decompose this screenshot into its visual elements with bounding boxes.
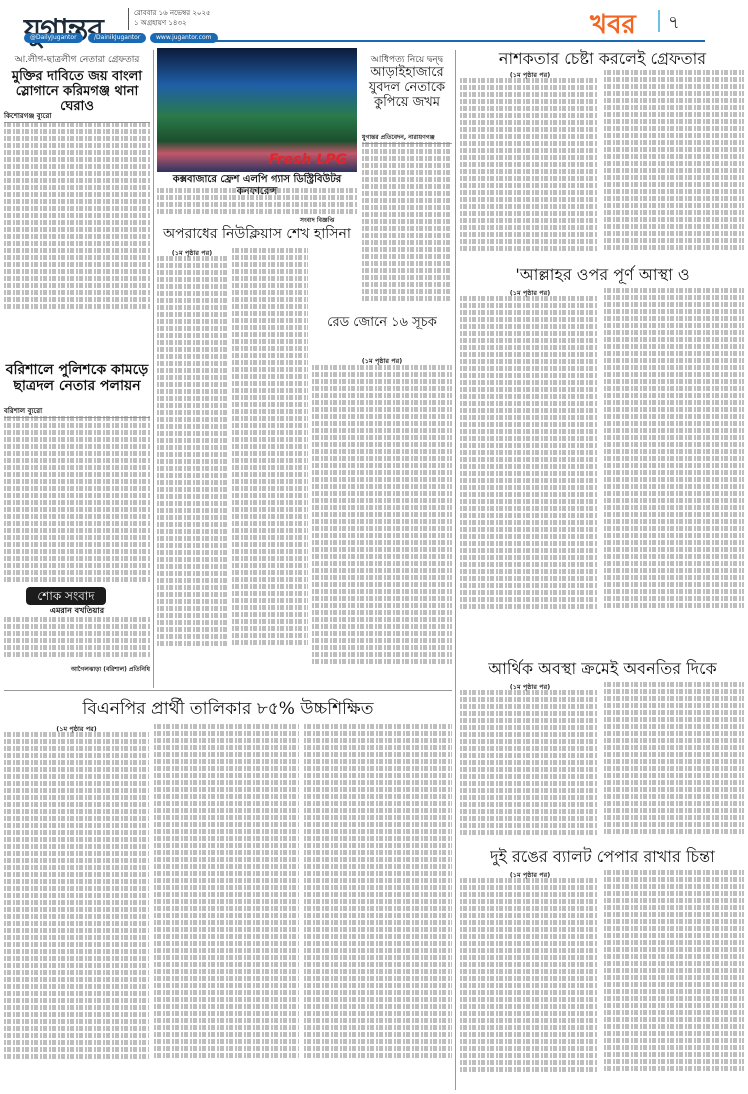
obituary-body bbox=[4, 617, 150, 663]
araihazar-headline[interactable]: আড়াইহাজারে যুবদল নেতাকে কুপিয়ে জখম bbox=[362, 66, 452, 111]
arthik-body-col2 bbox=[604, 682, 744, 850]
nashkota-body-col2 bbox=[604, 70, 744, 268]
hasina-body-col2 bbox=[232, 248, 308, 676]
arthik-body-col1 bbox=[460, 690, 598, 850]
ballot-headline[interactable]: দুই রঙের ব্যালট পেপার রাখার চিন্তা bbox=[460, 848, 745, 866]
photo-credit: সংবাদ বিজ্ঞপ্তি bbox=[300, 215, 334, 226]
twitter-handle[interactable]: @DailyJugantor bbox=[24, 33, 83, 43]
facebook-handle[interactable]: /DainikJugantor bbox=[88, 33, 146, 43]
obituary-name: এমরান বখতিয়ার bbox=[4, 606, 150, 615]
mukti-body bbox=[4, 122, 150, 312]
nashkota-body-col1 bbox=[460, 78, 598, 268]
bnp-body-col1 bbox=[4, 732, 149, 1090]
column-divider bbox=[455, 50, 456, 1090]
allah-body-col2 bbox=[604, 288, 744, 636]
date-english: রোববার ১৬ নভেম্বর ২০২৫ bbox=[134, 8, 211, 18]
nashkota-headline[interactable]: নাশকতার চেষ্টা করলেই গ্রেফতার bbox=[460, 50, 745, 68]
masthead-date: রোববার ১৬ নভেম্বর ২০২৫ ১ অগ্রহায়ণ ১৪৩২ bbox=[134, 8, 211, 28]
barishal-body bbox=[4, 416, 150, 592]
redzone-headline[interactable]: রেড জোনে ১৬ সূচক bbox=[312, 316, 452, 331]
ballot-body-col2 bbox=[604, 870, 744, 1088]
hasina-headline[interactable]: অপরাধের নিউক্লিয়াস শেখ হাসিনা bbox=[157, 226, 357, 242]
obituary-label: শোক সংবাদ bbox=[26, 587, 106, 605]
masthead-logo: যুগান্তর bbox=[24, 6, 103, 57]
masthead-divider bbox=[128, 8, 129, 30]
allah-body-col1 bbox=[460, 296, 598, 636]
website-link[interactable]: www.jugantor.com bbox=[150, 33, 218, 43]
arthik-headline[interactable]: আর্থিক অবস্থা ক্রমেই অবনতির দিকে bbox=[460, 660, 745, 678]
section-divider bbox=[658, 10, 660, 32]
obituary-credit: আগৈলঝাড়া (বরিশাল) প্রতিনিধি bbox=[4, 664, 150, 675]
column-divider bbox=[153, 50, 154, 688]
page-number: ৭ bbox=[668, 8, 680, 39]
date-bangla: ১ অগ্রহায়ণ ১৪৩২ bbox=[134, 18, 211, 28]
ballot-body-col1 bbox=[460, 878, 598, 1088]
bnp-body-col2 bbox=[154, 724, 299, 1090]
bnp-body-col3 bbox=[304, 724, 452, 1090]
redzone-body bbox=[312, 365, 452, 688]
araihazar-body bbox=[362, 142, 452, 314]
section-title: খবর bbox=[590, 4, 636, 48]
section-divider-h bbox=[4, 690, 452, 691]
fresh-lpg-logo: Fresh LPG bbox=[269, 152, 347, 168]
barishal-headline[interactable]: বরিশালে পুলিশকে কামড়ে ছাত্রদল নেতার পলা… bbox=[4, 362, 150, 394]
mukti-headline[interactable]: মুক্তির দাবিতে জয় বাংলা স্লোগানে করিমগঞ… bbox=[4, 70, 150, 115]
bnp-headline[interactable]: বিএনপির প্রার্থী তালিকার ৮৫% উচ্চশিক্ষিত bbox=[4, 700, 452, 720]
allah-headline[interactable]: 'আল্লাহর ওপর পূর্ণ আস্থা ও bbox=[460, 266, 745, 284]
hasina-body-col1 bbox=[157, 256, 227, 676]
event-photo[interactable]: Fresh LPG bbox=[157, 48, 357, 172]
mukti-kicker: আ.লীগ-ছাত্রলীগ নেতারা গ্রেফতার bbox=[4, 52, 150, 67]
